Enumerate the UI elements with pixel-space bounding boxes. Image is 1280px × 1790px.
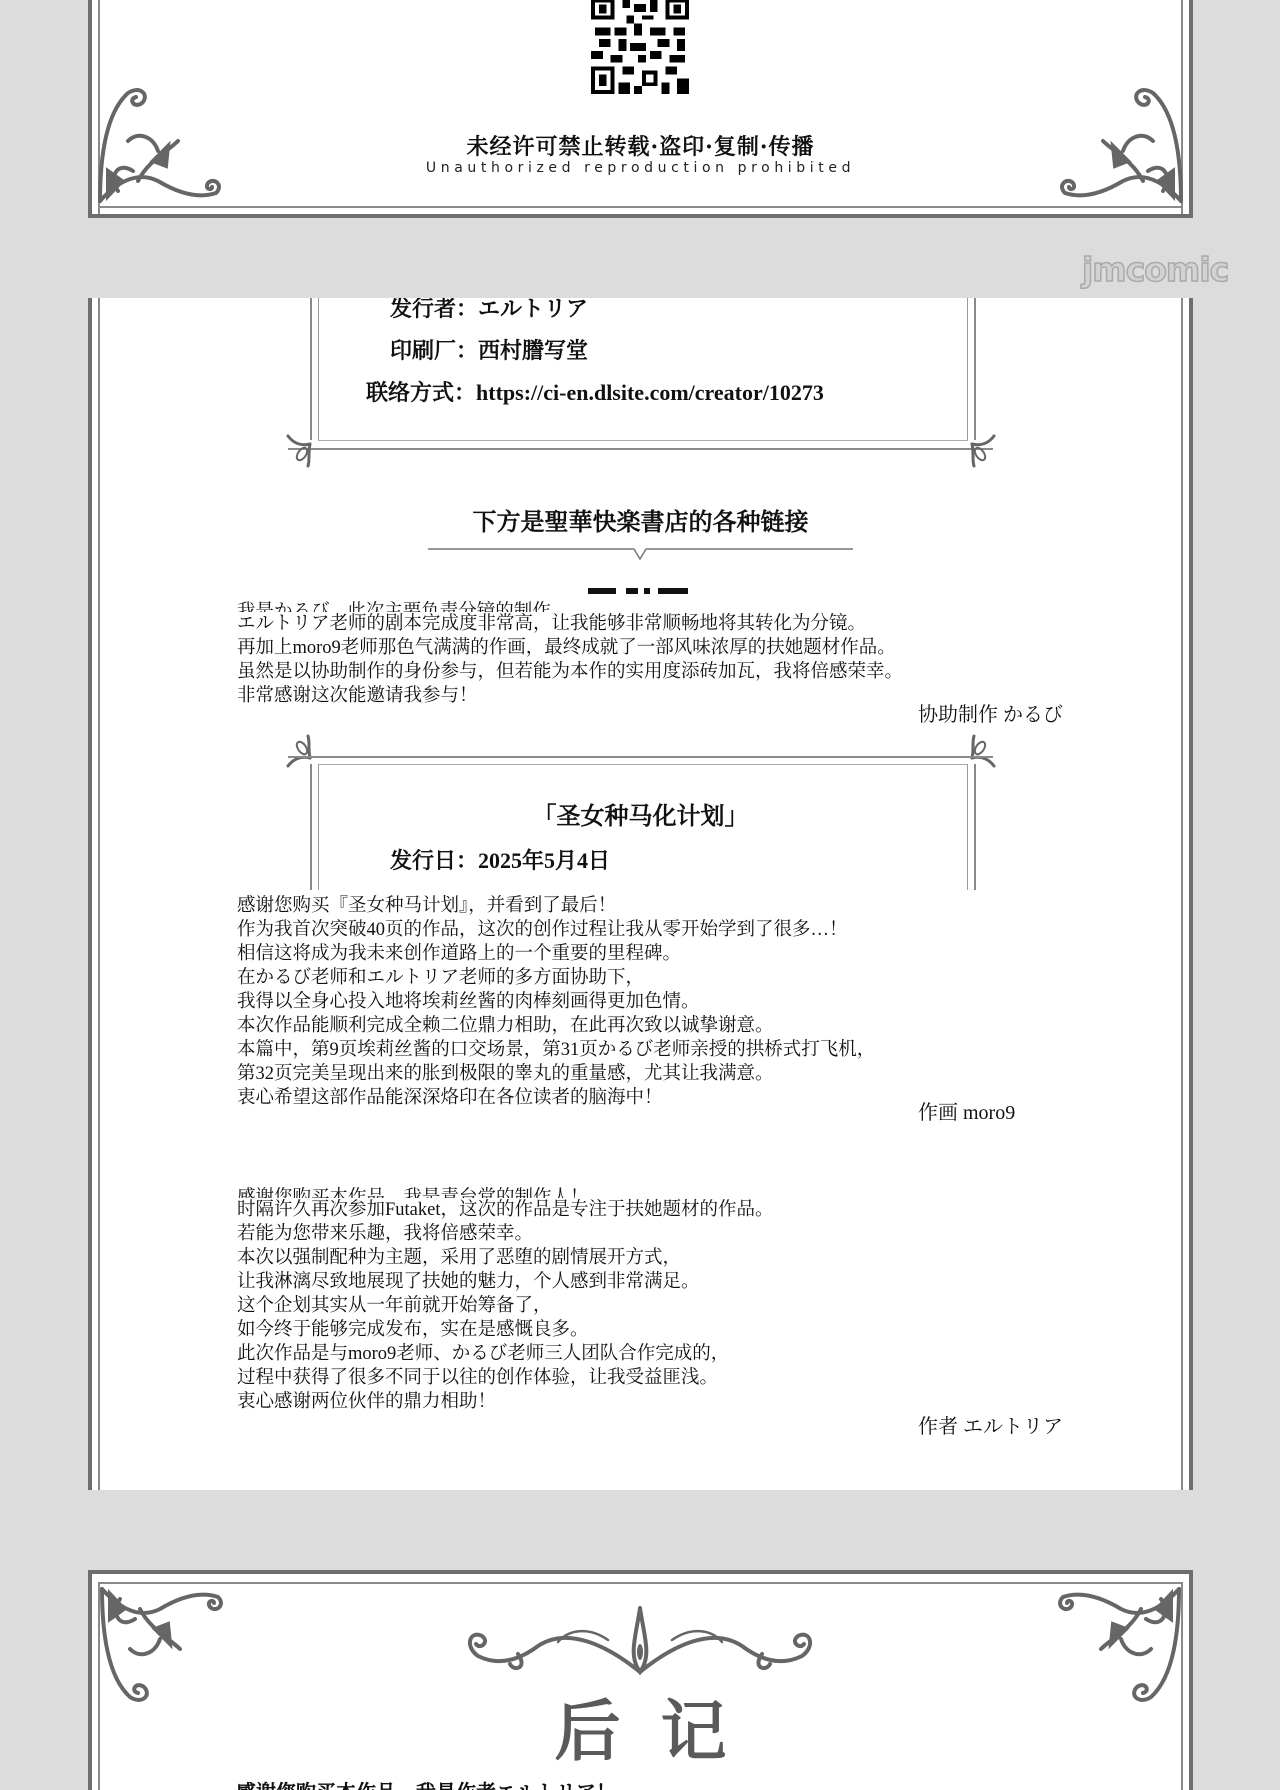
page-border-top — [88, 1570, 1193, 1574]
release-date-value: 2025年5月4日 — [478, 848, 610, 873]
message-line: 我得以全身心投入地将埃莉丝酱的肉棒刻画得更加色情。 — [237, 990, 875, 1014]
message-line: 让我淋漓尽致地展现了扶她的魅力，个人感到非常满足。 — [237, 1270, 774, 1294]
page-border-right — [1189, 0, 1193, 218]
artist-message: 感谢您购买『圣女种马计划』，并看到了最后！ 作为我首次突破40页的作品，这次的创… — [237, 894, 879, 1110]
afterword-first-line: 感谢您购买本作品，我是作者エルトリア！ — [236, 1776, 616, 1790]
release-date-row: 发行日：2025年5月4日 — [390, 844, 610, 875]
message-line: 作为我首次突破40页的作品，这次的创作过程让我从零开始学到了很多…！ — [237, 918, 875, 942]
copyright-notice-english: Unauthorized reproduction prohibited — [88, 160, 1193, 176]
message-line: エルトリア老师的剧本完成度非常高，让我能够非常顺畅地将其转化为分镜。 — [237, 612, 903, 636]
message-line: 如今终于能够完成发布，实在是感慨良多。 — [237, 1318, 774, 1342]
message-line: 衷心感谢两位伙伴的鼎力相助！ — [237, 1390, 774, 1414]
assistant-message: 我是かるび。此次主要负责分镜的制作。 エルトリア老师的剧本完成度非常高，让我能够… — [237, 588, 903, 708]
page-border-left — [88, 0, 92, 218]
jmcomic-watermark-logo: jmcomic — [1082, 250, 1228, 289]
page-border-left — [88, 298, 92, 1490]
message-line: 这个企划其实从一年前就开始筹备了， — [237, 1294, 774, 1318]
message-line: 本篇中，第9页埃莉丝酱的口交场景，第31页かるび老师亲授的拱桥式打飞机， — [237, 1038, 875, 1062]
contact-link[interactable]: https://ci-en.dlsite.com/creator/10273 — [476, 380, 824, 405]
message-line: 我是かるび。此次主要负责分镜的制作。 — [237, 600, 903, 612]
message-line: 非常感谢这次能邀请我参与！ — [237, 684, 903, 708]
afterword-title: 后记 — [88, 1678, 1193, 1773]
message-line: 在かるび老师和エルトリア老师的多方面协助下， — [237, 966, 875, 990]
message-line: 第32页完美呈现出来的胀到极限的睾丸的重量感，尤其让我满意。 — [237, 1062, 875, 1086]
artist-signature: 作画 moro9 — [918, 1096, 1015, 1125]
page-border-inner-bottom — [98, 206, 1183, 208]
contact-label: 联络方式： — [366, 380, 476, 405]
printer-value: 西村謄写堂 — [478, 338, 588, 363]
message-line: 再加上moro9老师那色气满满的作画，最终成就了一部风味浓厚的扶她题材作品。 — [237, 636, 903, 660]
message-line: 衷心希望这部作品能深深烙印在各位读者的脑海中！ — [237, 1086, 875, 1110]
info-box-bottom-rule — [288, 448, 993, 450]
bracket-ornament-icon — [284, 430, 324, 470]
page-credits: 发行者：エルトリア 印刷厂：西村謄写堂 联络方式：https://ci-en.d… — [88, 298, 1193, 1490]
message-line: 感谢您购买本作品，我是青台堂的制作人！ — [237, 1186, 774, 1198]
message-line: 若能为您带来乐趣，我将倍感荣幸。 — [237, 1222, 774, 1246]
publisher-row: 发行者：エルトリア — [390, 298, 588, 323]
publisher-value: エルトリア — [478, 298, 588, 321]
work-title: 「圣女种马化计划」 — [88, 796, 1193, 831]
title-flourish-icon — [458, 1606, 823, 1676]
author-message: 感谢您购买本作品，我是青台堂的制作人！ 时隔许久再次参加Futaket，这次的作… — [237, 1174, 774, 1414]
page-copyright-notice: 未经许可禁止转载·盗印·复制·传播 Unauthorized reproduct… — [88, 0, 1193, 218]
publisher-label: 发行者： — [390, 298, 478, 321]
message-line: 虽然是以协助制作的身份参与，但若能为本作的实用度添砖加瓦，我将倍感荣幸。 — [237, 660, 903, 684]
release-date-label: 发行日： — [390, 848, 478, 873]
message-line: 本次作品能顺利完成全赖二位鼎力相助，在此再次致以诚挚谢意。 — [237, 1014, 875, 1038]
message-line: 感谢您购买『圣女种马计划』，并看到了最后！ — [237, 894, 875, 918]
qr-code-icon[interactable] — [590, 0, 690, 94]
contact-row: 联络方式：https://ci-en.dlsite.com/creator/10… — [366, 376, 824, 407]
page-border-inner-right — [1181, 298, 1183, 1490]
bracket-ornament-icon — [958, 430, 998, 470]
printer-label: 印刷厂： — [390, 338, 478, 363]
page-afterword: 后记 感谢您购买本作品，我是作者エルトリア！ — [88, 1570, 1193, 1790]
author-signature: 作者 エルトリア — [918, 1410, 1063, 1439]
copyright-notice-chinese: 未经许可禁止转载·盗印·复制·传播 — [88, 130, 1193, 161]
message-line: 过程中获得了很多不同于以往的创作体验，让我受益匪浅。 — [237, 1366, 774, 1390]
info-box-top-rule — [288, 756, 993, 758]
store-links-heading: 下方是聖華快楽書店的各种链接 — [88, 502, 1193, 537]
page-border-bottom — [88, 214, 1193, 218]
info-box-bottom-inner-rule — [318, 440, 968, 441]
message-line: 相信这将成为我未来创作道路上的一个重要的里程碑。 — [237, 942, 875, 966]
assistant-signature: 协助制作 かるび — [918, 698, 1063, 727]
page-border-inner-left — [98, 298, 100, 1490]
message-line: 此次作品是与moro9老师、かるび老师三人团队合作完成的， — [237, 1342, 774, 1366]
message-line: 时隔许久再次参加Futaket，这次的作品是专注于扶她题材的作品。 — [237, 1198, 774, 1222]
page-border-right — [1189, 298, 1193, 1490]
corner-ornament-icon — [98, 81, 223, 206]
message-line: 本次以强制配种为主题，采用了恶堕的剧情展开方式， — [237, 1246, 774, 1270]
page-border-inner-top — [98, 1582, 1183, 1584]
printer-row: 印刷厂：西村謄写堂 — [390, 334, 588, 365]
corner-ornament-icon — [1058, 81, 1183, 206]
chevron-divider-icon — [428, 548, 853, 562]
